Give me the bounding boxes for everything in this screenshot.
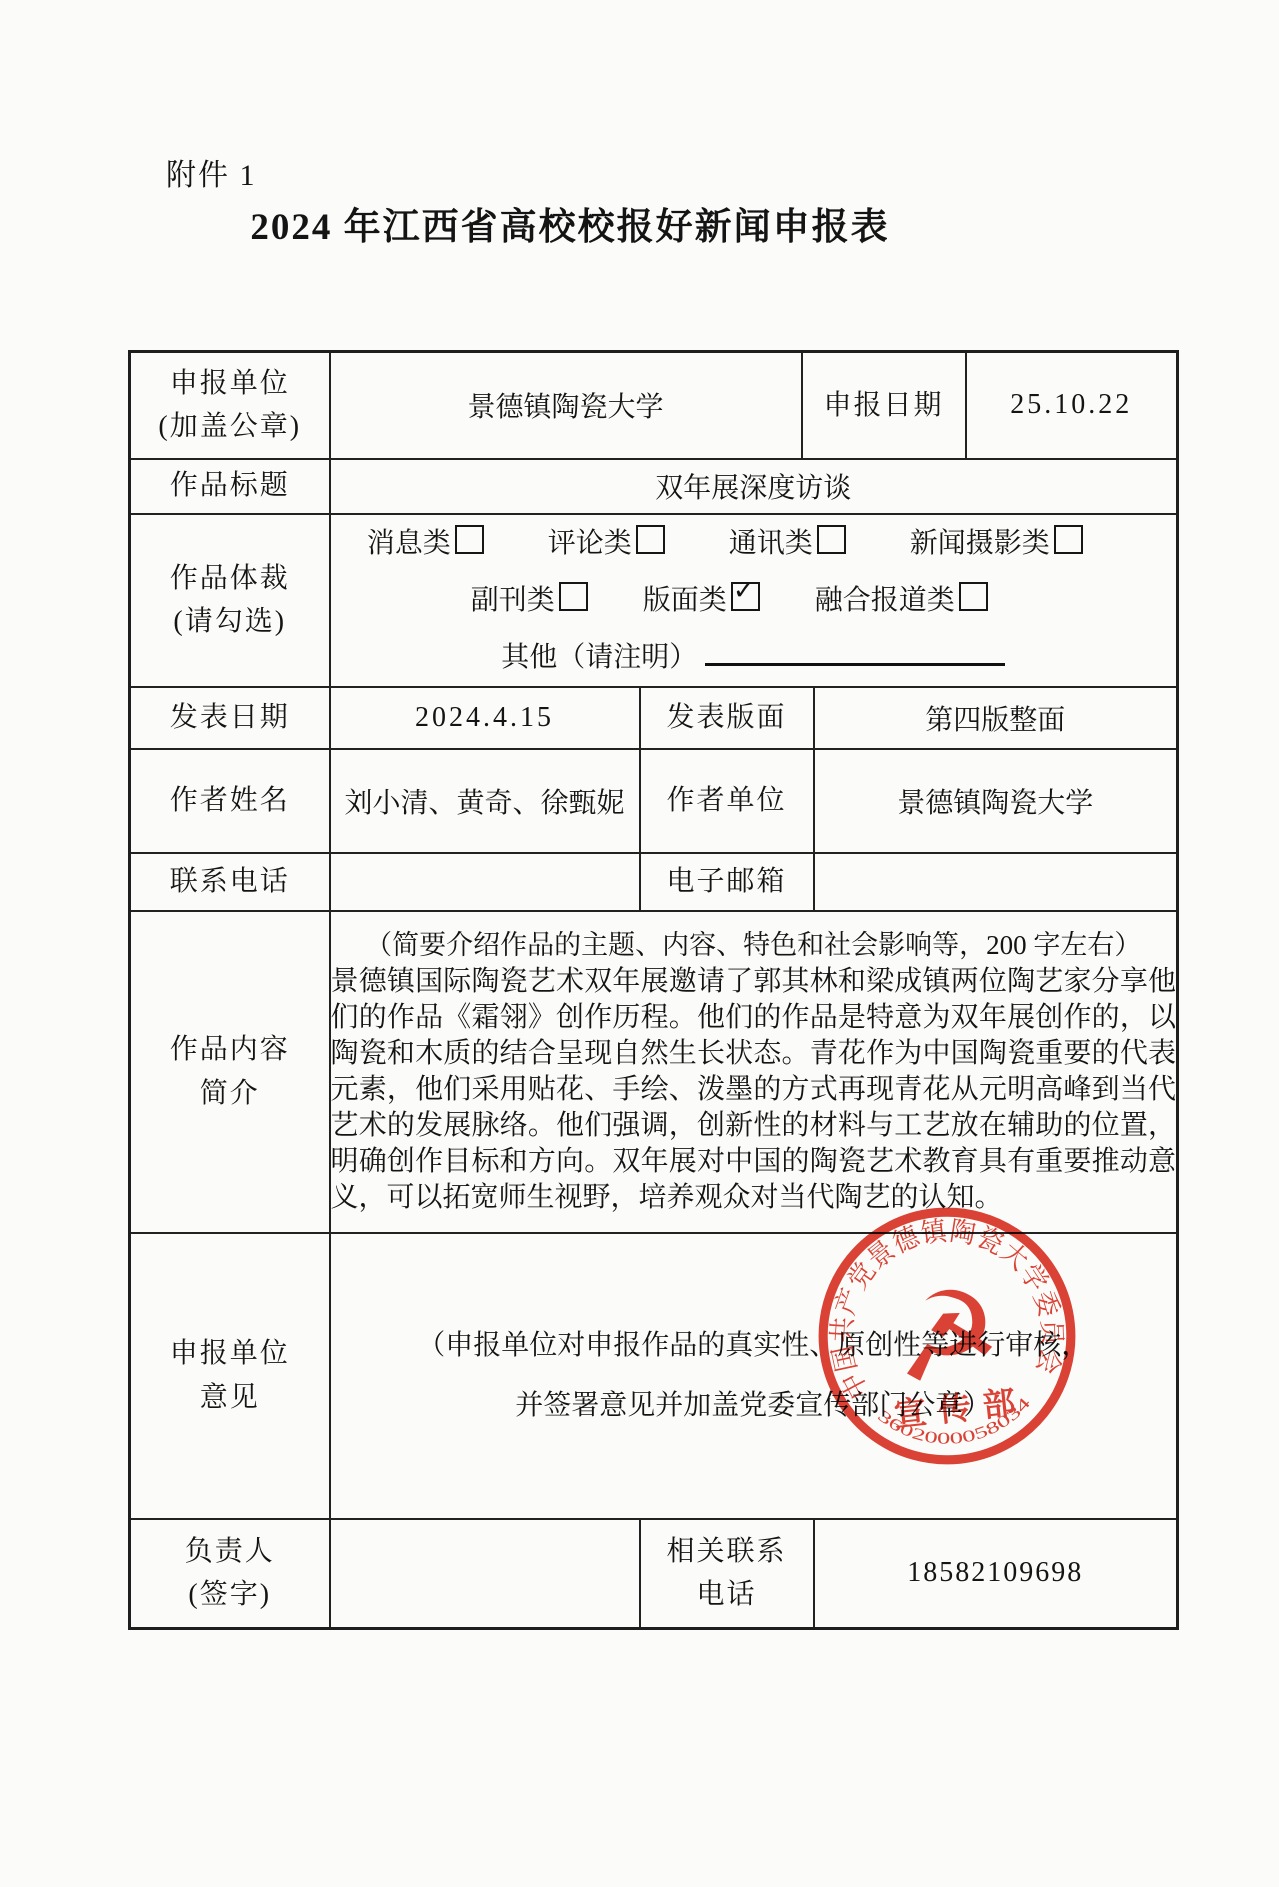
- author-unit-label: 作者单位: [640, 749, 814, 853]
- genre-option-supplement: 副刊类: [471, 585, 588, 616]
- contact-phone-value: [330, 853, 640, 911]
- row-declare-unit: 申报单位 (加盖公章) 景德镇陶瓷大学 申报日期 25.10.22: [130, 352, 1178, 459]
- authors-value: 刘小清、黄奇、徐甄妮: [330, 749, 640, 853]
- declare-unit-label: 申报单位 (加盖公章): [130, 352, 330, 459]
- summary-label: 作品内容 简介: [130, 911, 330, 1233]
- row-authors: 作者姓名 刘小清、黄奇、徐甄妮 作者单位 景德镇陶瓷大学: [130, 749, 1178, 853]
- checkbox-converged: [959, 582, 988, 611]
- publish-page-label: 发表版面: [640, 687, 814, 749]
- row-opinion: 申报单位 意见 （申报单位对申报作品的真实性、原创性等进行审核， 并签署意见并加…: [130, 1233, 1178, 1519]
- authors-label: 作者姓名: [130, 749, 330, 853]
- checkbox-photography: [1054, 525, 1083, 554]
- row-contact: 联系电话 电子邮箱: [130, 853, 1178, 911]
- email-value: [814, 853, 1178, 911]
- contact-phone-label: 联系电话: [130, 853, 330, 911]
- application-form-table: 申报单位 (加盖公章) 景德镇陶瓷大学 申报日期 25.10.22 作品标题 双…: [128, 350, 1179, 1630]
- checkbox-supplement: [559, 582, 588, 611]
- responsible-label: 负责人 (签字): [130, 1519, 330, 1629]
- checkbox-layout-checked: ✓: [731, 582, 760, 611]
- checkbox-communication: [817, 525, 846, 554]
- row-responsible: 负责人 (签字) 相关联系 电话 18582109698: [130, 1519, 1178, 1629]
- doc-title: 2024 年江西省高校校报好新闻申报表: [0, 196, 1140, 250]
- opinion-label: 申报单位 意见: [130, 1233, 330, 1519]
- summary-hint: （简要介绍作品的主题、内容、特色和社会影响等，200 字左右）: [331, 927, 1177, 964]
- document-page: 附件 1 2024 年江西省高校校报好新闻申报表 申报单位 (加盖公章) 景德镇…: [0, 0, 1279, 1887]
- opinion-content: （申报单位对申报作品的真实性、原创性等进行审核， 并签署意见并加盖党委宣传部门公…: [330, 1233, 1178, 1519]
- genre-option-converged: 融合报道类: [815, 585, 988, 616]
- row-genre: 作品体裁 (请勾选) 消息类 评论类 通讯类 新闻摄影类 副刊类 版面类✓ 融合…: [130, 514, 1178, 687]
- responsible-signature-value: [330, 1519, 640, 1629]
- row-publish: 发表日期 2024.4.15 发表版面 第四版整面: [130, 687, 1178, 749]
- genre-options-line1: 消息类 评论类 通讯类 新闻摄影类: [331, 515, 1177, 572]
- genre-label: 作品体裁 (请勾选): [130, 514, 330, 687]
- checkbox-commentary: [636, 525, 665, 554]
- related-phone-value: 18582109698: [814, 1519, 1178, 1629]
- attachment-label: 附件 1: [166, 150, 257, 194]
- declare-date-label: 申报日期: [802, 352, 966, 459]
- genre-other-blank-line: [705, 635, 1005, 666]
- genre-other-line: 其他（请注明）: [331, 629, 1177, 686]
- publish-date-label: 发表日期: [130, 687, 330, 749]
- work-title-label: 作品标题: [130, 459, 330, 514]
- declare-unit-value: 景德镇陶瓷大学: [330, 352, 802, 459]
- genre-option-communication: 通讯类: [729, 528, 846, 559]
- author-unit-value: 景德镇陶瓷大学: [814, 749, 1178, 853]
- row-summary: 作品内容 简介 （简要介绍作品的主题、内容、特色和社会影响等，200 字左右） …: [130, 911, 1178, 1233]
- work-title-value: 双年展深度访谈: [330, 459, 1178, 514]
- genre-option-commentary: 评论类: [548, 528, 665, 559]
- checkbox-news: [455, 525, 484, 554]
- summary-body: 景德镇国际陶瓷艺术双年展邀请了郭其林和梁成镇两位陶艺家分享他们的作品《霜翎》创作…: [331, 964, 1177, 1216]
- email-label: 电子邮箱: [640, 853, 814, 911]
- related-phone-label: 相关联系 电话: [640, 1519, 814, 1629]
- declare-date-value: 25.10.22: [966, 352, 1178, 459]
- genre-options: 消息类 评论类 通讯类 新闻摄影类 副刊类 版面类✓ 融合报道类 其他（请注明）: [330, 514, 1178, 687]
- publish-page-value: 第四版整面: [814, 687, 1178, 749]
- summary-content: （简要介绍作品的主题、内容、特色和社会影响等，200 字左右） 景德镇国际陶瓷艺…: [330, 911, 1178, 1233]
- genre-option-news: 消息类: [367, 528, 484, 559]
- publish-date-value: 2024.4.15: [330, 687, 640, 749]
- genre-option-layout: 版面类✓: [643, 585, 760, 616]
- genre-other-label: 其他（请注明）: [501, 642, 697, 673]
- row-work-title: 作品标题 双年展深度访谈: [130, 459, 1178, 514]
- genre-options-line2: 副刊类 版面类✓ 融合报道类: [331, 572, 1177, 629]
- opinion-hint-line2: 并签署意见并加盖党委宣传部门公章）: [331, 1376, 1177, 1436]
- genre-option-photography: 新闻摄影类: [910, 528, 1083, 559]
- opinion-hint-line1: （申报单位对申报作品的真实性、原创性等进行审核，: [331, 1316, 1177, 1376]
- check-mark-icon: ✓: [733, 577, 756, 604]
